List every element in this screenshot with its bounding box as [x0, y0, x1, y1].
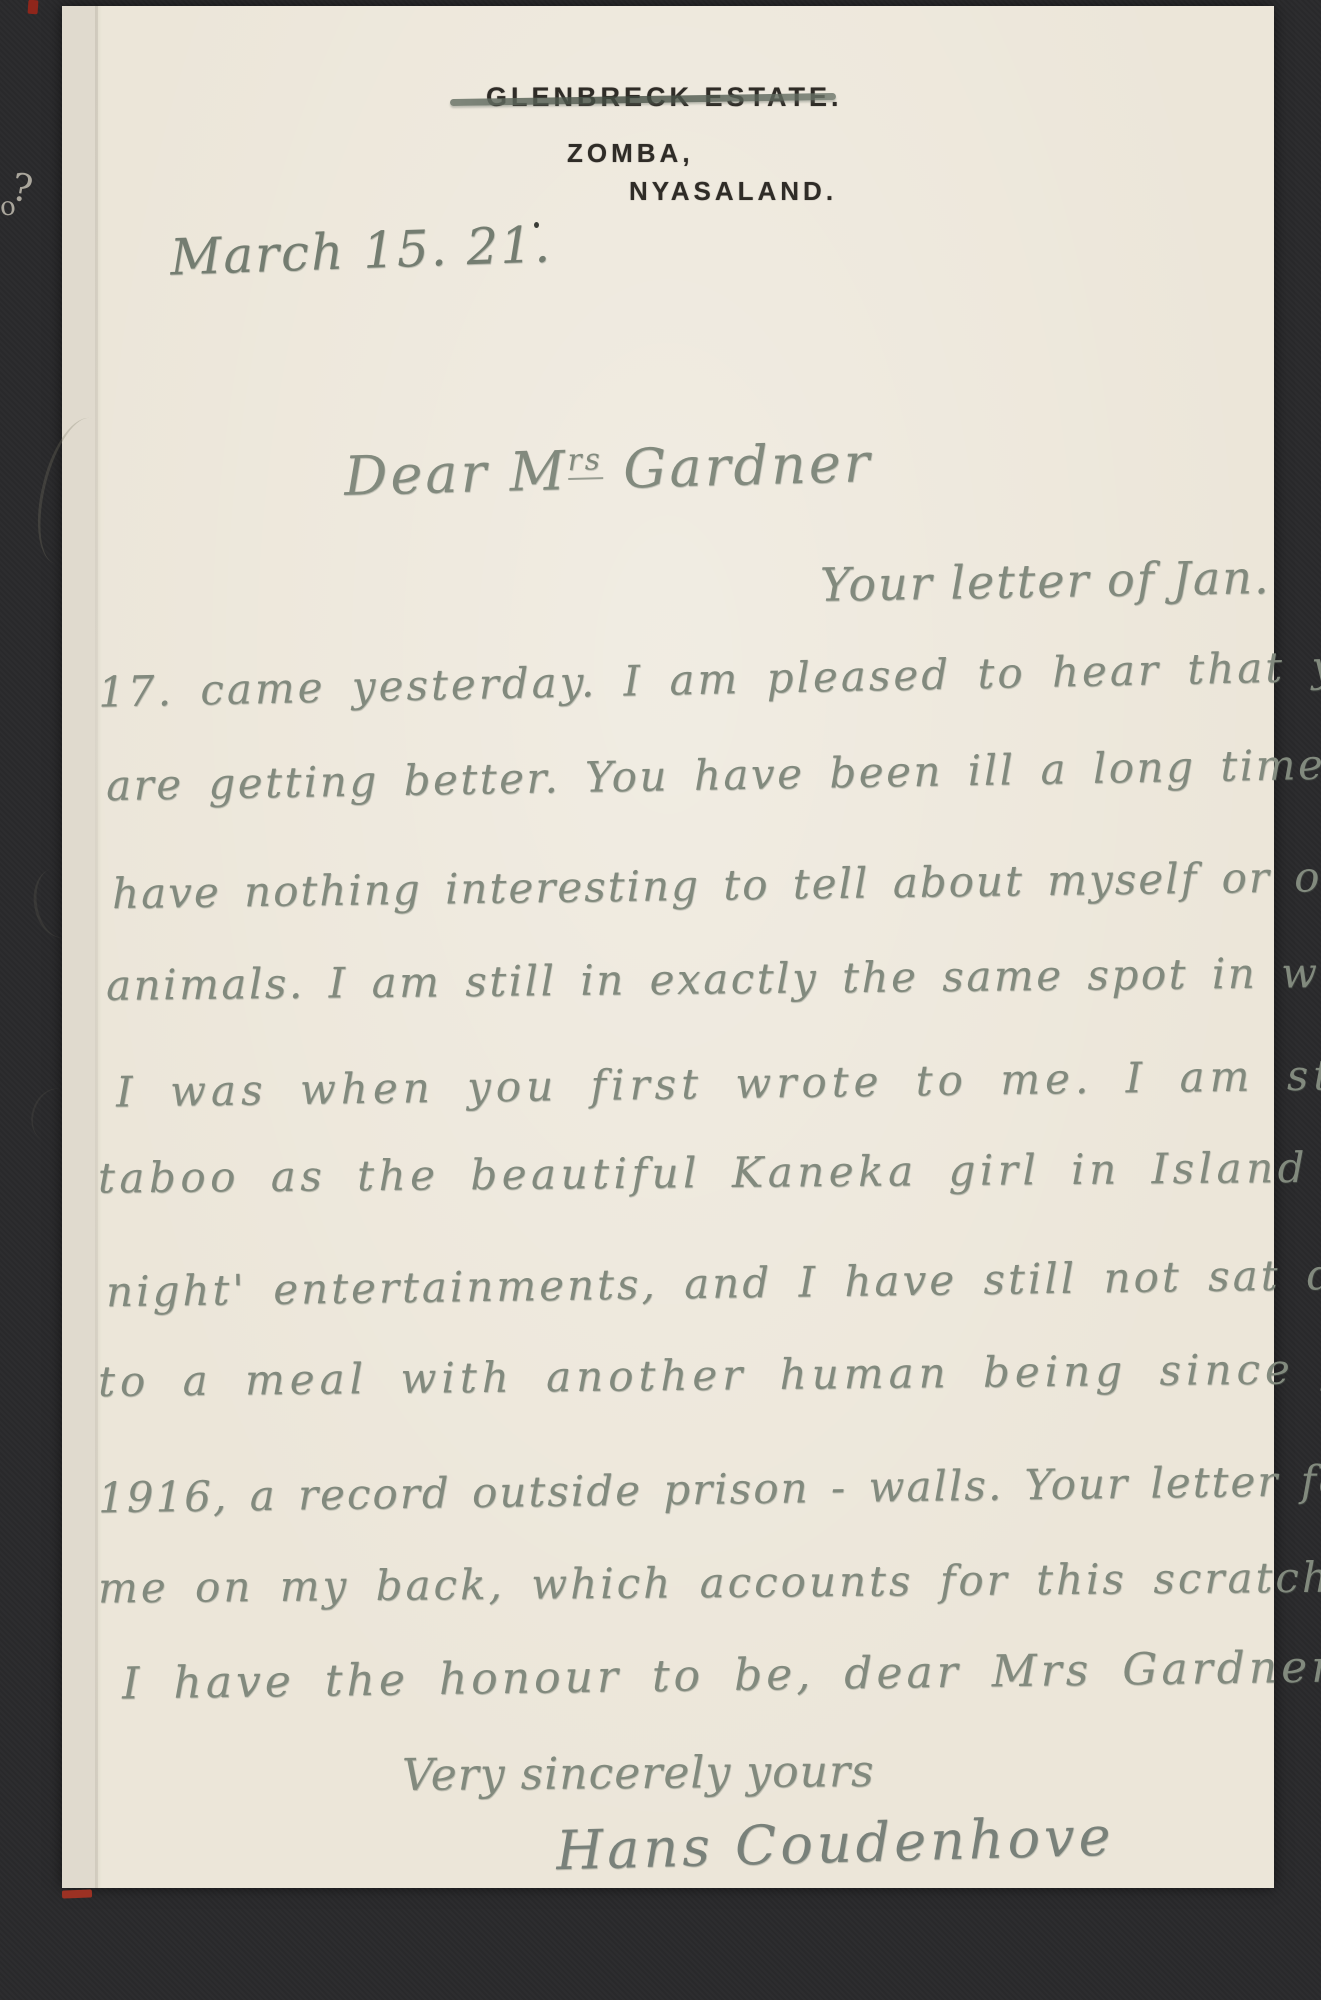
red-edge-mark-bottom	[62, 1889, 92, 1898]
bleedthrough-mark: o	[0, 191, 17, 222]
body-line: to a meal with another human being since…	[98, 1343, 1321, 1406]
salutation-prefix: Dear M	[343, 439, 568, 508]
bleedthrough-mark	[28, 864, 88, 941]
bleedthrough-mark	[24, 1082, 82, 1147]
body-line: animals. I am still in exactly the same …	[106, 947, 1321, 1010]
closing-line: Very sincerely yours	[402, 1746, 875, 1801]
letter-scan: ? o GLENBRECK ESTATE. ZOMBA, NYASALAND. …	[0, 0, 1321, 2000]
body-line: Your letter of Jan.	[820, 550, 1271, 612]
body-line: I was when you first wrote to me. I am s…	[116, 1048, 1321, 1116]
salutation-rest: Gardner	[602, 431, 873, 501]
body-line: me on my back, which accounts for this s…	[98, 1553, 1321, 1613]
letterhead-country: NYASALAND.	[629, 176, 837, 207]
salutation: Dear Mrs Gardner	[343, 431, 873, 508]
bleedthrough-mark	[25, 411, 122, 572]
letter-date: March 15. 21.	[169, 215, 553, 286]
red-edge-mark-top	[28, 0, 39, 14]
body-line: are getting better. You have been ill a …	[106, 739, 1321, 810]
body-line: night' entertainments, and I have still …	[106, 1249, 1321, 1317]
body-line: have nothing interesting to tell about m…	[112, 851, 1321, 918]
body-line: taboo as the beautiful Kaneka girl in Is…	[98, 1143, 1321, 1203]
salutation-superscript: rs	[567, 442, 603, 480]
body-line: 17. came yesterday. I am pleased to hear…	[98, 640, 1321, 716]
body-line: 1916, a record outside prison - walls. Y…	[98, 1455, 1321, 1523]
paper-sheet: GLENBRECK ESTATE. ZOMBA, NYASALAND. Marc…	[62, 6, 1274, 1888]
letterhead-town: ZOMBA,	[567, 138, 694, 169]
signature: Hans Coudenhove	[555, 1805, 1115, 1883]
body-line: I have the honour to be, dear Mrs Gardne…	[122, 1642, 1321, 1710]
